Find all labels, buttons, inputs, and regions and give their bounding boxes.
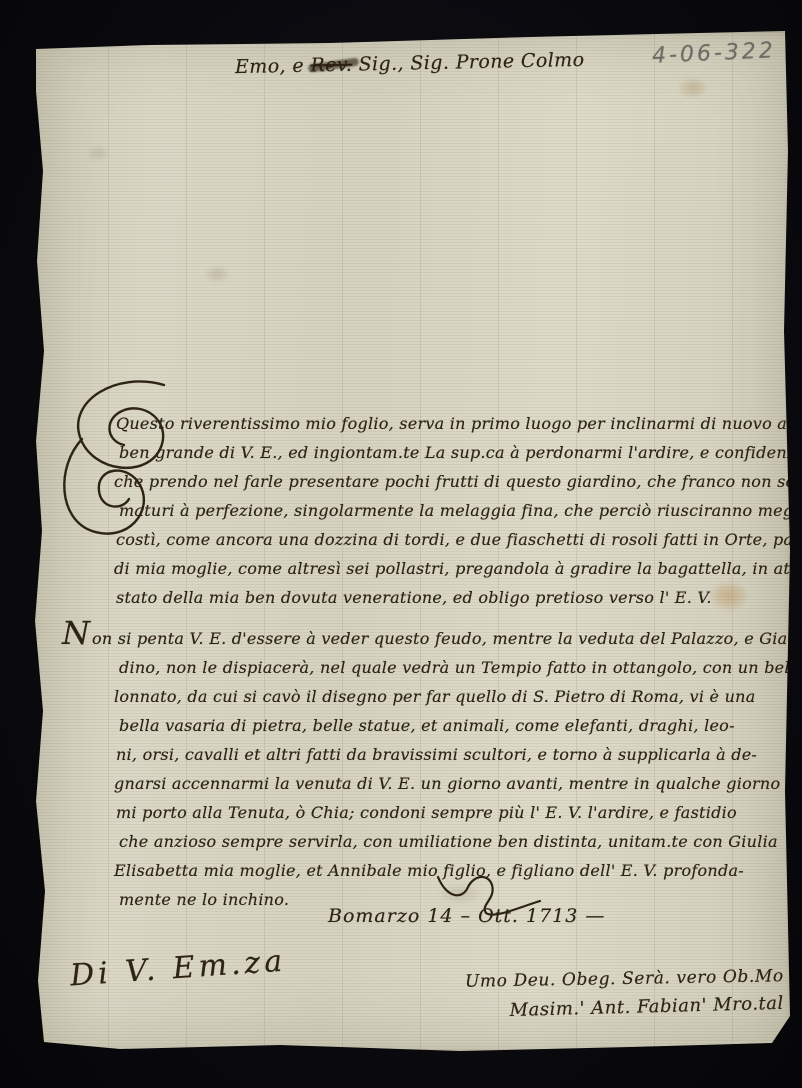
manuscript-line: bella vasaria di pietra, belle statue, e… [63, 711, 777, 740]
manuscript-photo: 4-06-322 Emo, e Rev. Sig., Sig. Prone Co… [0, 0, 802, 1088]
salutation-line: Emo, e Rev. Sig., Sig. Prone Colmo [235, 50, 535, 78]
manuscript-line: Questo riverentissimo mio foglio, serva … [60, 409, 774, 438]
sender-mark: Di V. Em.za [69, 943, 287, 993]
manuscript-line: mi porto alla Tenuta, ò Chia; condoni se… [60, 798, 774, 827]
manuscript-line: gnarsi accennarmi la venuta di V. E. un … [58, 769, 772, 798]
valediction-block: Umo Deu. Obeg. Serà. vero Ob.Mo Masim.' … [465, 969, 784, 1018]
letter-paper: 4-06-322 Emo, e Rev. Sig., Sig. Prone Co… [30, 31, 792, 1053]
manuscript-line: costì, come ancora una dozzina di tordi,… [60, 525, 774, 554]
foxing-stain [88, 147, 108, 159]
manuscript-line: dino, non le dispiacerà, nel quale vedrà… [63, 653, 777, 682]
manuscript-line: maturi à perfezione, singolarmente la me… [63, 496, 777, 525]
valediction: Umo Deu. Obeg. Serà. vero Ob.Mo [465, 966, 784, 992]
manuscript-line: Non si penta V. E. d'essere à veder ques… [60, 619, 774, 653]
salutation-pre: Emo, e [235, 55, 311, 79]
manuscript-line: che prendo nel farle presentare pochi fr… [58, 467, 772, 496]
manuscript-line: ben grande di V. E., ed ingiontam.te La … [63, 438, 777, 467]
manuscript-line: Elisabetta mia moglie, et Annibale mio f… [58, 856, 772, 885]
foxing-stain [206, 267, 228, 281]
catalog-number: 4-06-322 [652, 38, 777, 68]
letter-paragraph-2: Non si penta V. E. d'essere à veder ques… [60, 619, 774, 914]
salutation-struck-word: Rev. [310, 54, 352, 77]
foxing-stain [680, 79, 706, 97]
signature-line: Masim.' Ant. Fabian' Mro.tal [465, 993, 784, 1022]
manuscript-line: stato della mia ben dovuta veneratione, … [60, 583, 774, 612]
salutation-post: Sig., Sig. Prone Colmo [352, 49, 585, 76]
manuscript-line: ni, orsi, cavalli et altri fatti da brav… [60, 740, 774, 769]
dateline: Bomarzo 14 – Ott. 1713 — [328, 905, 605, 927]
letter-paragraph-1: Questo riverentissimo mio foglio, serva … [60, 409, 774, 612]
manuscript-line: lonnato, da cui si cavò il disegno per f… [58, 682, 772, 711]
manuscript-line: che anzioso sempre servirla, con umiliat… [63, 827, 777, 856]
manuscript-line: di mia moglie, come altresì sei pollastr… [58, 554, 772, 583]
